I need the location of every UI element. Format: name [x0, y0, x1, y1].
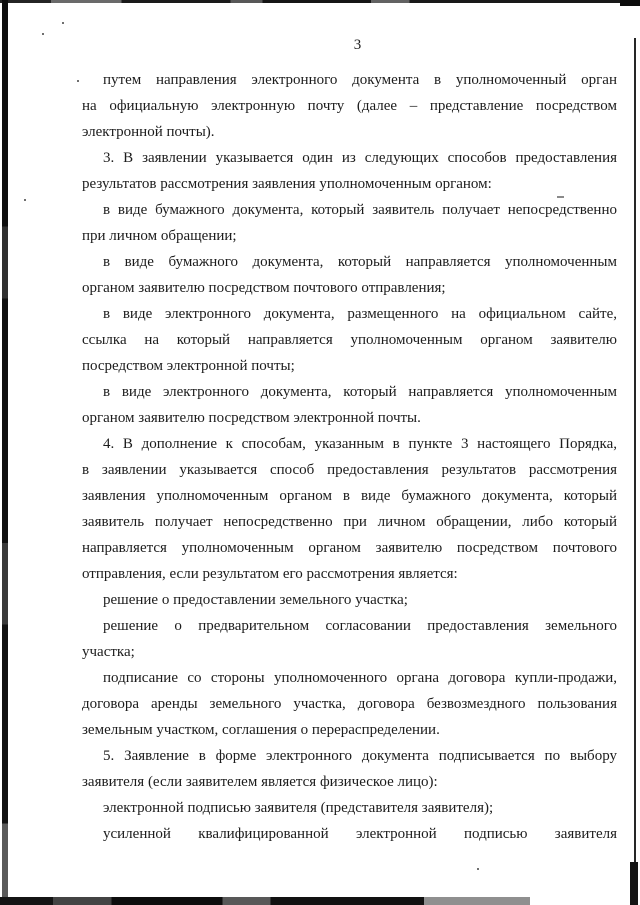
text-line: результатов рассмотрения заявления уполн… — [82, 171, 617, 197]
scan-speck — [477, 868, 479, 870]
text-line: 4. В дополнение к способам, указанным в … — [82, 431, 617, 457]
paragraph: решение о предварительном согласовании п… — [82, 613, 617, 665]
paragraph: в виде бумажного документа, который заяв… — [82, 197, 617, 249]
scan-speck — [42, 33, 44, 35]
scan-artifact-top-bar — [0, 0, 640, 3]
scanned-document-page: 3 путем направления электронного докумен… — [0, 0, 640, 905]
text-line: при личном обращении; — [82, 223, 617, 249]
text-line: решение о предварительном согласовании п… — [82, 613, 617, 639]
paragraph: путем направления электронного документа… — [82, 67, 617, 145]
page-number: 3 — [90, 36, 625, 54]
text-line: органом заявителю посредством электронно… — [82, 405, 617, 431]
scan-artifact-bottom-right-corner — [630, 862, 638, 905]
text-line: подписание со стороны уполномоченного ор… — [82, 665, 617, 691]
text-line: договора аренды земельного участка, дого… — [82, 691, 617, 717]
text-line: в заявлении указывается способ предостав… — [82, 457, 617, 483]
text-line: заявителя (если заявителем является физи… — [82, 769, 617, 795]
scan-artifact-top-right-corner — [620, 0, 640, 6]
text-line: в виде бумажного документа, который напр… — [82, 249, 617, 275]
paragraph: решение о предоставлении земельного учас… — [82, 587, 617, 613]
paragraph: усиленной квалифицированной электронной … — [82, 821, 617, 847]
text-line: путем направления электронного документа… — [82, 67, 617, 93]
text-line: земельным участком, соглашения о перерас… — [82, 717, 617, 743]
paragraph: электронной подписью заявителя (представ… — [82, 795, 617, 821]
text-line: заявитель получает непосредственно при л… — [82, 509, 617, 535]
scan-artifact-left-bar — [2, 0, 8, 905]
text-line: на официальную электронную почту (далее … — [82, 93, 617, 119]
scan-speck — [77, 80, 79, 82]
text-line: 3. В заявлении указывается один из следу… — [82, 145, 617, 171]
text-line: решение о предоставлении земельного учас… — [82, 587, 617, 613]
scan-speck — [557, 196, 564, 198]
text-line: усиленной квалифицированной электронной … — [82, 821, 617, 847]
paragraph: 3. В заявлении указывается один из следу… — [82, 145, 617, 197]
paragraph: в виде электронного документа, размещенн… — [82, 301, 617, 379]
scan-speck — [24, 199, 26, 201]
text-line: посредством электронной почты; — [82, 353, 617, 379]
text-line: электронной почты). — [82, 119, 617, 145]
scan-artifact-right-line — [634, 38, 636, 905]
text-line: электронной подписью заявителя (представ… — [82, 795, 617, 821]
text-line: участка; — [82, 639, 617, 665]
text-line: в виде электронного документа, размещенн… — [82, 301, 617, 327]
text-line: заявления уполномоченным органом в виде … — [82, 483, 617, 509]
text-line: органом заявителю посредством почтового … — [82, 275, 617, 301]
paragraph: в виде электронного документа, который н… — [82, 379, 617, 431]
text-line: 5. Заявление в форме электронного докуме… — [82, 743, 617, 769]
text-line: в виде электронного документа, который н… — [82, 379, 617, 405]
document-body: путем направления электронного документа… — [82, 67, 617, 847]
scan-artifact-bottom-bar — [0, 897, 530, 905]
paragraph: подписание со стороны уполномоченного ор… — [82, 665, 617, 743]
paragraph: 4. В дополнение к способам, указанным в … — [82, 431, 617, 587]
text-line: направляется уполномоченным органом заяв… — [82, 535, 617, 561]
text-line: в виде бумажного документа, который заяв… — [82, 197, 617, 223]
text-line: ссылка на который направляется уполномоч… — [82, 327, 617, 353]
scan-speck — [62, 22, 64, 24]
paragraph: 5. Заявление в форме электронного докуме… — [82, 743, 617, 795]
text-line: отправления, если результатом его рассмо… — [82, 561, 617, 587]
paragraph: в виде бумажного документа, который напр… — [82, 249, 617, 301]
